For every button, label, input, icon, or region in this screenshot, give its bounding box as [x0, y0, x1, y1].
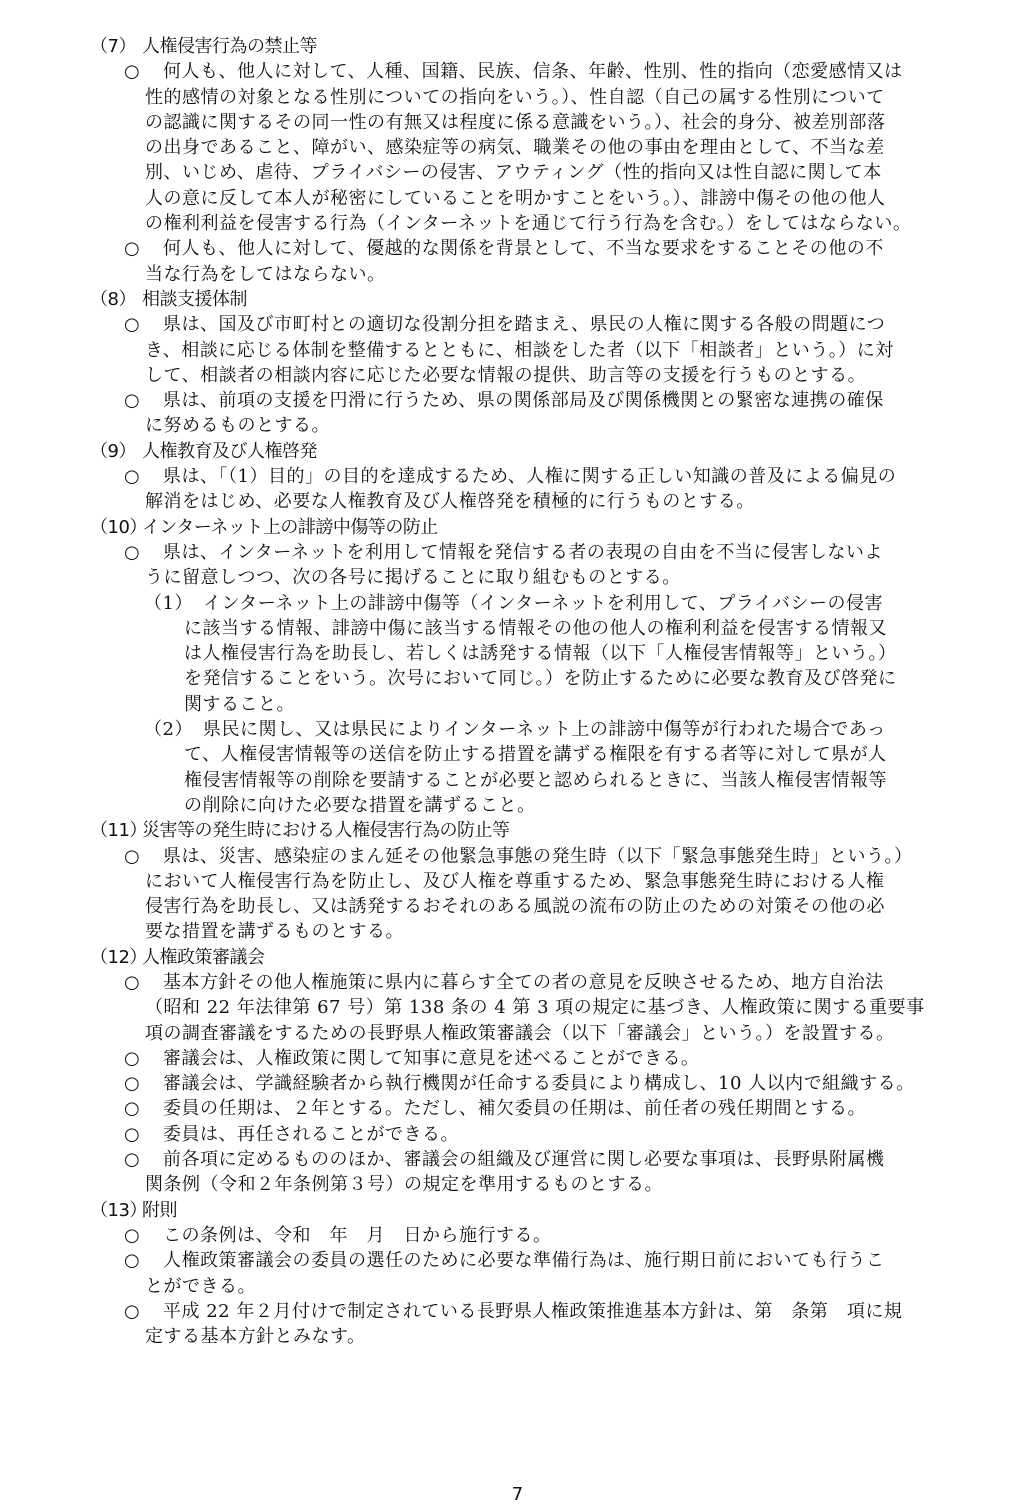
text-line: して、相談者の相談内容に応じた必要な情報の提供、助言等の支援を行うものとする。: [145, 363, 935, 388]
section-number: （8）: [90, 287, 142, 312]
section-title: 人権侵害行為の禁止等: [142, 36, 317, 57]
text-line: 基本方針その他人権施策に県内に暮らす全ての者の意見を反映させるため、地方自治法: [163, 970, 935, 995]
text-line: 解消をはじめ、必要な人権教育及び人権啓発を積極的に行うものとする。: [145, 489, 935, 514]
page-number: 7: [0, 1484, 1035, 1505]
text-line: は人権侵害行為を助長し、若しくは誘発する情報（以下「人権侵害情報等」という。）: [184, 641, 935, 666]
circle-bullet-icon: ○: [124, 312, 142, 337]
text-line: （昭和 22 年法律第 67 号）第 138 条の 4 第 3 項の規定に基づき…: [145, 995, 935, 1020]
section-number: （12）: [90, 945, 142, 970]
circle-bullet-icon: ○: [124, 540, 142, 565]
circle-bullet-icon: ○: [124, 1299, 142, 1324]
document-page: （7）人権侵害行為の禁止等 ○ 何人も、他人に対して、人種、国籍、民族、信条、年…: [90, 34, 935, 1349]
circle-bullet-icon: ○: [124, 1147, 142, 1172]
text-line: 別、いじめ、虐待、プライバシーの侵害、アウティング（性的指向又は性自認に関して本: [145, 160, 935, 185]
circle-bullet-icon: ○: [124, 970, 142, 995]
section-number: （9）: [90, 439, 142, 464]
text-line: 定する基本方針とみなす。: [145, 1324, 935, 1349]
section-title: 災害等の発生時における人権侵害行為の防止等: [142, 820, 510, 841]
text-line: に努めるものとする。: [145, 413, 935, 438]
text-line: の削除に向けた必要な措置を講ずること。: [184, 793, 935, 818]
numbered-subitem: （1） インターネット上の誹謗中傷等（インターネットを利用して、プライバシーの侵…: [184, 591, 935, 717]
section-heading: （13）附則: [90, 1198, 935, 1223]
list-item: ○ 基本方針その他人権施策に県内に暮らす全ての者の意見を反映させるため、地方自治…: [145, 970, 935, 1046]
circle-bullet-icon: ○: [124, 844, 142, 869]
circle-bullet-icon: ○: [124, 236, 142, 261]
text-line: 県は、災害、感染症のまん延その他緊急事態の発生時（以下「緊急事態発生時」という。…: [163, 844, 935, 869]
text-line: 人権政策審議会の委員の選任のために必要な準備行為は、施行期日前においても行うこ: [163, 1248, 935, 1273]
text-line: 平成 22 年２月付けで制定されている長野県人権政策推進基本方針は、第 条第 項…: [163, 1299, 935, 1324]
text-line: 審議会は、人権政策に関して知事に意見を述べることができる。: [163, 1046, 935, 1071]
circle-bullet-icon: ○: [124, 388, 142, 413]
text-line: て、人権侵害情報等の送信を防止する措置を講ずる権限を有する者等に対して県が人: [184, 742, 935, 767]
text-line: 県は、「（1）目的」の目的を達成するため、人権に関する正しい知識の普及による偏見…: [163, 464, 935, 489]
section-heading: （8）相談支援体制: [90, 287, 935, 312]
text-line: 県は、前項の支援を円滑に行うため、県の関係部局及び関係機関との緊密な連携の確保: [163, 388, 935, 413]
text-line: 県民に関し、又は県民によりインターネット上の誹謗中傷等が行われた場合であっ: [203, 717, 935, 742]
section-10: （10）インターネット上の誹謗中傷等の防止 ○ 県は、インターネットを利用して情…: [90, 515, 935, 819]
text-line: この条例は、令和 年 月 日から施行する。: [163, 1223, 935, 1248]
numbered-subitem: （2） 県民に関し、又は県民によりインターネット上の誹謗中傷等が行われた場合であ…: [184, 717, 935, 818]
text-line: 要な措置を講ずるものとする。: [145, 919, 935, 944]
circle-bullet-icon: ○: [124, 464, 142, 489]
list-item: ○ 何人も、他人に対して、優越的な関係を背景として、不当な要求をすることその他の…: [145, 236, 935, 287]
list-item: ○ 県は、インターネットを利用して情報を発信する者の表現の自由を不当に侵害しない…: [145, 540, 935, 591]
subitem-number: （2）: [144, 717, 193, 742]
section-title: 人権教育及び人権啓発: [142, 441, 317, 462]
text-line: の権利利益を侵害する行為（インターネットを通じて行う行為を含む。）をしてはならな…: [145, 211, 935, 236]
text-line: き、相談に応じる体制を整備するとともに、相談をした者（以下「相談者」という。）に…: [145, 338, 935, 363]
text-line: うに留意しつつ、次の各号に掲げることに取り組むものとする。: [145, 565, 935, 590]
section-number: （11）: [90, 818, 142, 843]
list-item: ○ 平成 22 年２月付けで制定されている長野県人権政策推進基本方針は、第 条第…: [145, 1299, 935, 1350]
section-12: （12）人権政策審議会 ○ 基本方針その他人権施策に県内に暮らす全ての者の意見を…: [90, 945, 935, 1198]
circle-bullet-icon: ○: [124, 1046, 142, 1071]
list-item: ○ 委員は、再任されることができる。: [145, 1122, 935, 1147]
text-line: 県は、国及び市町村との適切な役割分担を踏まえ、県民の人権に関する各般の問題につ: [163, 312, 935, 337]
section-number: （10）: [90, 515, 142, 540]
list-item: ○ 何人も、他人に対して、人種、国籍、民族、信条、年齢、性別、性的指向（恋愛感情…: [145, 59, 935, 236]
section-title: インターネット上の誹謗中傷等の防止: [142, 517, 438, 538]
section-title: 相談支援体制: [142, 289, 247, 310]
text-line: の出身であること、障がい、感染症等の病気、職業その他の事由を理由として、不当な差: [145, 135, 935, 160]
list-item: ○ 審議会は、学識経験者から執行機関が任命する委員により構成し、10 人以内で組…: [145, 1071, 935, 1096]
section-number: （7）: [90, 34, 142, 59]
section-13: （13）附則 ○ この条例は、令和 年 月 日から施行する。 ○ 人権政策審議会…: [90, 1198, 935, 1350]
text-line: 何人も、他人に対して、優越的な関係を背景として、不当な要求をすることその他の不: [163, 236, 935, 261]
list-item: ○ 県は、国及び市町村との適切な役割分担を踏まえ、県民の人権に関する各般の問題に…: [145, 312, 935, 388]
text-line: インターネット上の誹謗中傷等（インターネットを利用して、プライバシーの侵害: [203, 591, 935, 616]
circle-bullet-icon: ○: [124, 1122, 142, 1147]
subitem-number: （1）: [144, 591, 193, 616]
text-line: 委員は、再任されることができる。: [163, 1122, 935, 1147]
text-line: 侵害行為を助長し、又は誘発するおそれのある風説の流布の防止のための対策その他の必: [145, 894, 935, 919]
text-line: 県は、インターネットを利用して情報を発信する者の表現の自由を不当に侵害しないよ: [163, 540, 935, 565]
circle-bullet-icon: ○: [124, 1248, 142, 1273]
circle-bullet-icon: ○: [124, 1223, 142, 1248]
text-line: とができる。: [145, 1274, 935, 1299]
circle-bullet-icon: ○: [124, 1071, 142, 1096]
list-item: ○ 県は、災害、感染症のまん延その他緊急事態の発生時（以下「緊急事態発生時」とい…: [145, 844, 935, 945]
text-line: 委員の任期は、２年とする。ただし、補欠委員の任期は、前任者の残任期間とする。: [163, 1096, 935, 1121]
text-line: 審議会は、学識経験者から執行機関が任命する委員により構成し、10 人以内で組織す…: [163, 1071, 935, 1096]
section-title: 附則: [142, 1200, 177, 1221]
section-11: （11）災害等の発生時における人権侵害行為の防止等 ○ 県は、災害、感染症のまん…: [90, 818, 935, 944]
text-line: 権侵害情報等の削除を要請することが必要と認められるときに、当該人権侵害情報等: [184, 768, 935, 793]
text-line: の認識に関するその同一性の有無又は程度に係る意識をいう。）、社会的身分、被差別部…: [145, 110, 935, 135]
text-line: 何人も、他人に対して、人種、国籍、民族、信条、年齢、性別、性的指向（恋愛感情又は: [163, 59, 935, 84]
text-line: において人権侵害行為を防止し、及び人権を尊重するため、緊急事態発生時における人権: [145, 869, 935, 894]
section-8: （8）相談支援体制 ○ 県は、国及び市町村との適切な役割分担を踏まえ、県民の人権…: [90, 287, 935, 439]
section-title: 人権政策審議会: [142, 947, 265, 968]
list-item: ○ 県は、「（1）目的」の目的を達成するため、人権に関する正しい知識の普及による…: [145, 464, 935, 515]
list-item: ○ 前各項に定めるもののほか、審議会の組織及び運営に関し必要な事項は、長野県附属…: [145, 1147, 935, 1198]
text-line: 項の調査審議をするための長野県人権政策審議会（以下「審議会」という。）を設置する…: [145, 1021, 935, 1046]
text-line: 関すること。: [184, 692, 935, 717]
section-heading: （12）人権政策審議会: [90, 945, 935, 970]
section-9: （9）人権教育及び人権啓発 ○ 県は、「（1）目的」の目的を達成するため、人権に…: [90, 439, 935, 515]
text-line: 関条例（令和２年条例第３号）の規定を準用するものとする。: [145, 1172, 935, 1197]
section-number: （13）: [90, 1198, 142, 1223]
list-item: ○ 審議会は、人権政策に関して知事に意見を述べることができる。: [145, 1046, 935, 1071]
list-item: ○ 人権政策審議会の委員の選任のために必要な準備行為は、施行期日前においても行う…: [145, 1248, 935, 1299]
list-item: ○ 県は、前項の支援を円滑に行うため、県の関係部局及び関係機関との緊密な連携の確…: [145, 388, 935, 439]
section-heading: （7）人権侵害行為の禁止等: [90, 34, 935, 59]
text-line: に該当する情報、誹謗中傷に該当する情報その他の他人の権利利益を侵害する情報又: [184, 616, 935, 641]
section-7: （7）人権侵害行為の禁止等 ○ 何人も、他人に対して、人種、国籍、民族、信条、年…: [90, 34, 935, 287]
section-heading: （11）災害等の発生時における人権侵害行為の防止等: [90, 818, 935, 843]
text-line: を発信することをいう。次号において同じ。）を防止するために必要な教育及び啓発に: [184, 666, 935, 691]
text-line: 当な行為をしてはならない。: [145, 262, 935, 287]
text-line: 前各項に定めるもののほか、審議会の組織及び運営に関し必要な事項は、長野県附属機: [163, 1147, 935, 1172]
list-item: ○ この条例は、令和 年 月 日から施行する。: [145, 1223, 935, 1248]
text-line: 性的感情の対象となる性別についての指向をいう。）、性自認（自己の属する性別につい…: [145, 85, 935, 110]
circle-bullet-icon: ○: [124, 1096, 142, 1121]
section-heading: （10）インターネット上の誹謗中傷等の防止: [90, 515, 935, 540]
section-heading: （9）人権教育及び人権啓発: [90, 439, 935, 464]
text-line: 人の意に反して本人が秘密にしていることを明かすことをいう。）、誹謗中傷その他の他…: [145, 186, 935, 211]
circle-bullet-icon: ○: [124, 59, 142, 84]
list-item: ○ 委員の任期は、２年とする。ただし、補欠委員の任期は、前任者の残任期間とする。: [145, 1096, 935, 1121]
